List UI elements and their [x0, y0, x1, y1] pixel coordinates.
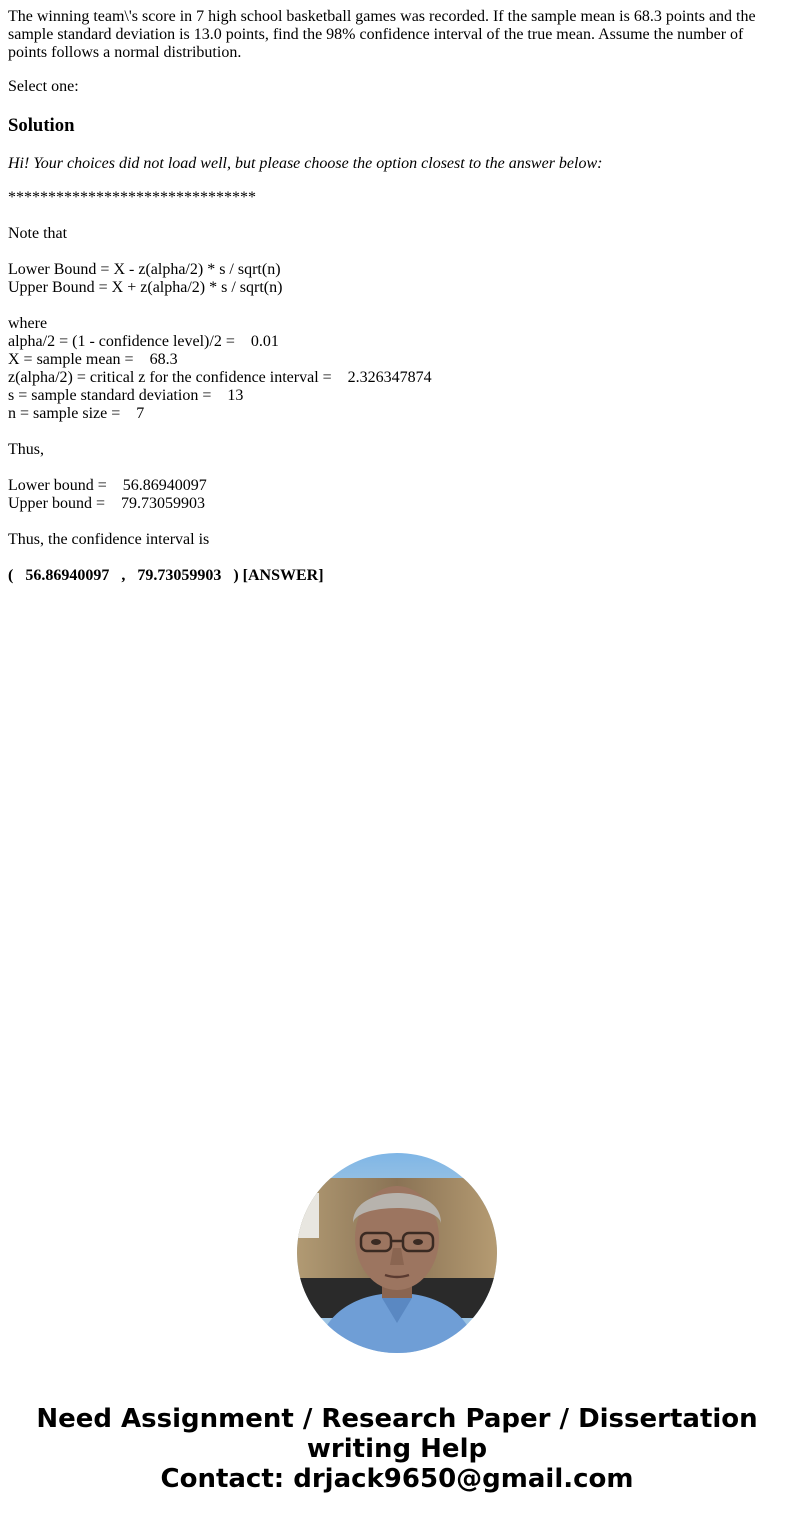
separator-line: *******************************	[8, 189, 778, 207]
upper-bound-result: Upper bound = 79.73059903	[8, 495, 778, 513]
sample-size-value: n = sample size = 7	[8, 405, 778, 423]
solution-line	[8, 549, 778, 567]
promo-line-2: writing Help	[0, 1434, 794, 1464]
final-answer: ( 56.86940097 , 79.73059903 ) [ANSWER]	[8, 567, 778, 585]
solution-line	[8, 459, 778, 477]
solution-line: Note that	[8, 225, 778, 243]
promo-contact: Contact: drjack9650@gmail.com	[0, 1464, 794, 1494]
solution-line: where	[8, 315, 778, 333]
tutor-avatar	[297, 1153, 497, 1353]
solution-line	[8, 423, 778, 441]
promo-banner: Need Assignment / Research Paper / Disse…	[0, 1404, 794, 1494]
solution-line	[8, 297, 778, 315]
solution-intro: Hi! Your choices did not load well, but …	[8, 155, 778, 173]
question-text: The winning team\'s score in 7 high scho…	[8, 8, 778, 62]
select-one-prompt: Select one:	[8, 78, 778, 96]
solution-body: ******************************* Note tha…	[8, 189, 778, 585]
std-dev-value: s = sample standard deviation = 13	[8, 387, 778, 405]
sample-mean-value: X = sample mean = 68.3	[8, 351, 778, 369]
critical-z-value: z(alpha/2) = critical z for the confiden…	[8, 369, 778, 387]
solution-line	[8, 243, 778, 261]
tutor-portrait-icon	[297, 1153, 497, 1353]
lower-bound-formula: Lower Bound = X - z(alpha/2) * s / sqrt(…	[8, 261, 778, 279]
document-content: The winning team\'s score in 7 high scho…	[8, 8, 778, 585]
solution-line	[8, 513, 778, 531]
lower-bound-result: Lower bound = 56.86940097	[8, 477, 778, 495]
solution-line	[8, 207, 778, 225]
solution-line: Thus,	[8, 441, 778, 459]
promo-line-1: Need Assignment / Research Paper / Disse…	[0, 1404, 794, 1434]
upper-bound-formula: Upper Bound = X + z(alpha/2) * s / sqrt(…	[8, 279, 778, 297]
alpha-value: alpha/2 = (1 - confidence level)/2 = 0.0…	[8, 333, 778, 351]
solution-heading: Solution	[8, 115, 778, 137]
solution-line: Thus, the confidence interval is	[8, 531, 778, 549]
